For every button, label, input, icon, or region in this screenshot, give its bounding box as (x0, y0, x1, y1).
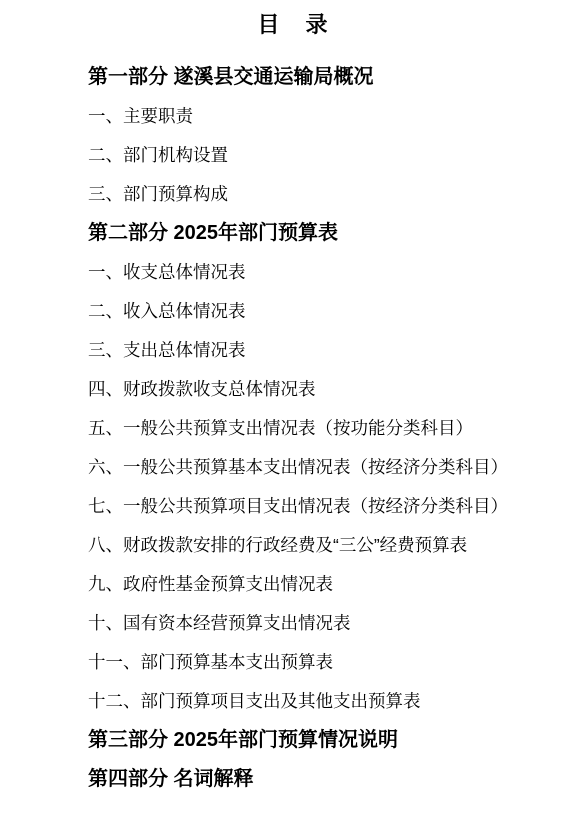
toc-entry: 五、一般公共预算支出情况表（按功能分类科目） (0, 409, 587, 448)
document-page: 目 录 第一部分 遂溪县交通运输局概况 一、主要职责 二、部门机构设置 三、部门… (0, 0, 587, 827)
toc-entry: 十、国有资本经营预算支出情况表 (0, 604, 587, 643)
toc-entry: 十二、部门预算项目支出及其他支出预算表 (0, 682, 587, 721)
toc-section-heading: 第三部分 2025年部门预算情况说明 (0, 721, 587, 760)
toc-section-heading: 第二部分 2025年部门预算表 (0, 214, 587, 253)
toc-entry: 六、一般公共预算基本支出情况表（按经济分类科目） (0, 448, 587, 487)
toc-entry: 一、主要职责 (0, 97, 587, 136)
toc-entry: 八、财政拨款安排的行政经费及“三公”经费预算表 (0, 526, 587, 565)
toc-entry: 七、一般公共预算项目支出情况表（按经济分类科目） (0, 487, 587, 526)
toc-entry: 九、政府性基金预算支出情况表 (0, 565, 587, 604)
table-of-contents: 第一部分 遂溪县交通运输局概况 一、主要职责 二、部门机构设置 三、部门预算构成… (0, 58, 587, 799)
toc-entry: 一、收支总体情况表 (0, 253, 587, 292)
toc-entry: 十一、部门预算基本支出预算表 (0, 643, 587, 682)
toc-entry: 四、财政拨款收支总体情况表 (0, 370, 587, 409)
toc-entry: 三、支出总体情况表 (0, 331, 587, 370)
toc-section-heading: 第四部分 名词解释 (0, 760, 587, 799)
toc-section-heading: 第一部分 遂溪县交通运输局概况 (0, 58, 587, 97)
page-title: 目 录 (0, 10, 587, 40)
toc-entry: 二、部门机构设置 (0, 136, 587, 175)
toc-entry: 三、部门预算构成 (0, 175, 587, 214)
toc-entry: 二、收入总体情况表 (0, 292, 587, 331)
